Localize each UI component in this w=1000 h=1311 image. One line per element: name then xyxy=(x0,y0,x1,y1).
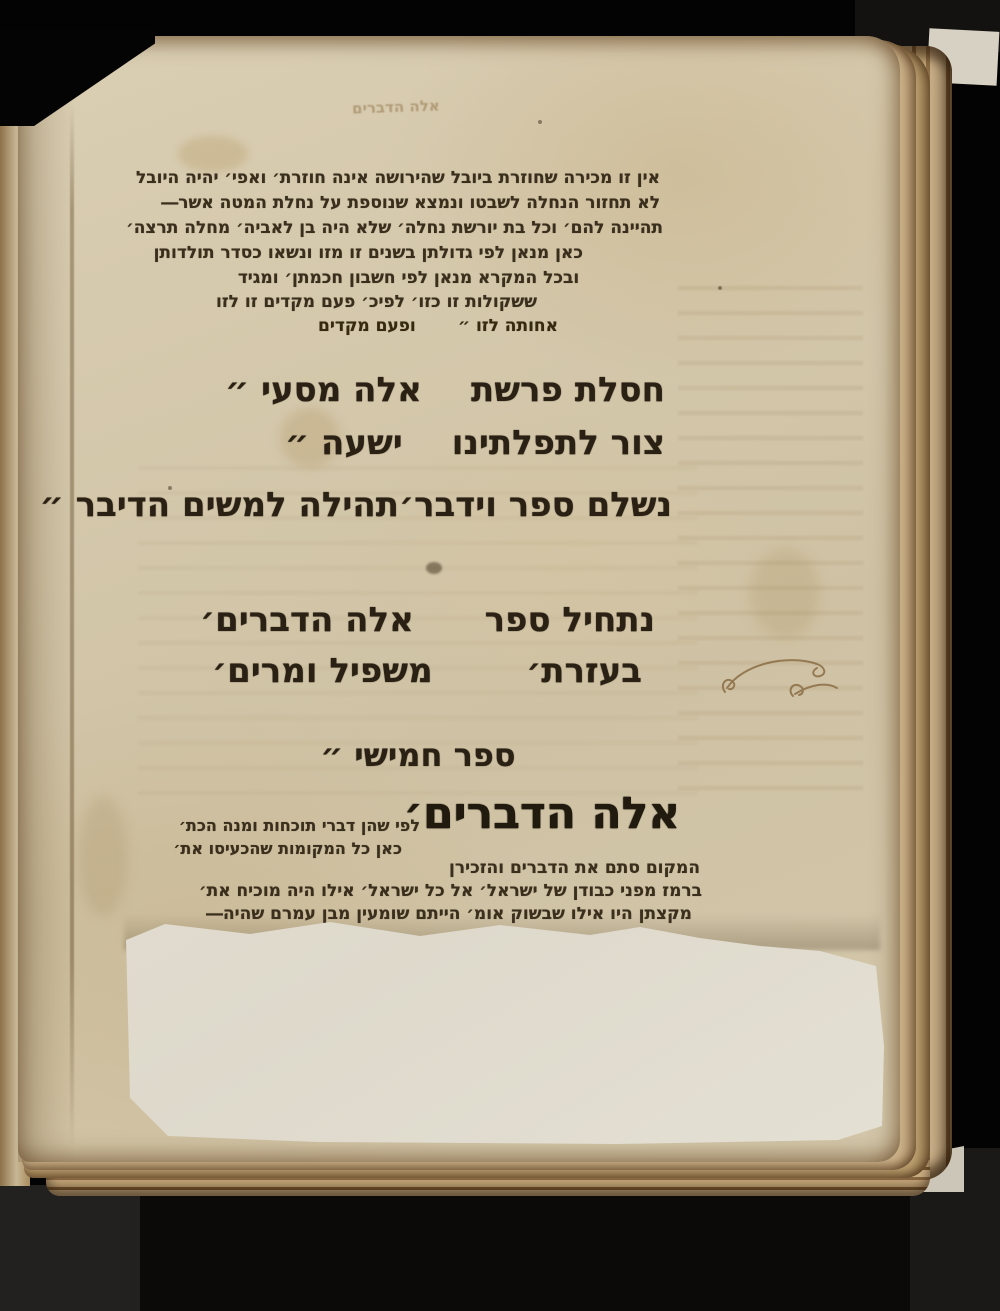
rashi-gloss-line-1: אין זו מכירה שחוזרת ביובל שהירושה אינה ח… xyxy=(160,166,660,190)
book-opening-row-2: בעזרת׳ משפיל ומרים׳ xyxy=(212,651,642,691)
background-corner-left xyxy=(0,1185,148,1311)
rashi-gloss-line-7-left: ופעם מקדים xyxy=(318,314,416,338)
gutter-fold-line xyxy=(70,106,74,1146)
colophon-row-2-left: ישעה ״ xyxy=(285,423,403,463)
book-opening-row-1-left: אלה הדברים׳ xyxy=(200,600,414,640)
colophon-row-3-right: נשלם ספר וידבר׳ xyxy=(399,485,672,525)
book-opening-row-2-left: משפיל ומרים׳ xyxy=(212,651,433,691)
stain xyxy=(750,548,820,638)
colophon-row-1-left: אלה מסעי ״ xyxy=(225,370,422,410)
rashi-gloss-line-7: אחותה לזו ״ ופעם מקדים xyxy=(318,314,558,338)
faded-running-title: אלה הדברים xyxy=(352,96,440,117)
rashi-gloss-line-4: כאן מנאן לפי גדולתן בשנים זו מזו ונשאו כ… xyxy=(201,241,583,265)
rashi-gloss-line-2: לא תחזור הנחלה לשבטו ונמצא שנוספת על נחל… xyxy=(160,191,660,215)
incipit-side-gloss-1: לפי שהן דברי תוכחות ומנה הכת׳ xyxy=(152,814,420,837)
speck xyxy=(538,120,542,124)
book-title: ספר חמישי ״ xyxy=(298,736,538,774)
ink-smudge xyxy=(426,562,442,574)
book-opening-row-1-right: נתחיל ספר xyxy=(485,600,655,640)
rashi-gloss-line-5: ובכל המקרא מנאן לפי חשבון חכמתן׳ ומגיד xyxy=(167,266,650,290)
stain xyxy=(78,796,128,916)
colophon-row-2: צור לתפלתינו ישעה ״ xyxy=(285,423,665,463)
incipit-continuation-1: המקום סתם את הדברים והזכירן xyxy=(330,856,700,880)
rashi-gloss-line-3: תהיינה להם׳ וכל בת יורשת נחלה׳ שלא היה ב… xyxy=(158,216,663,240)
ink-bleed-through xyxy=(678,286,863,806)
book-cradle xyxy=(140,1186,910,1311)
colophon-row-1: חסלת פרשת אלה מסעי ״ xyxy=(225,370,665,410)
incipit-continuation-2: ברמז מפני כבודן של ישראל׳ אל כל ישראל׳ א… xyxy=(150,879,702,903)
book-opening-row-1: נתחיל ספר אלה הדברים׳ xyxy=(200,600,655,640)
manuscript-photo: אלה הדברים אין זו מכירה שחוזרת ביובל שהי… xyxy=(0,0,1000,1311)
rashi-gloss-line-7-right: אחותה לזו ״ xyxy=(458,314,558,338)
speck xyxy=(718,286,722,290)
rashi-gloss-line-6: ששקולות זו כזו׳ לפיכ׳ פעם מקדים זו לזו xyxy=(220,290,537,314)
gutter-shading xyxy=(18,36,76,1162)
incipit-heading: אלה הדברים׳ xyxy=(420,788,680,839)
colophon-row-1-right: חסלת פרשת xyxy=(471,370,665,410)
book-opening-row-2-right: בעזרת׳ xyxy=(526,651,642,691)
colophon-row-3-left: תהילה למשים הדיבר ״ xyxy=(40,485,399,525)
colophon-row-2-right: צור לתפלתינו xyxy=(452,423,665,463)
colophon-row-3: נשלם ספר וידבר׳ תהילה למשים הדיבר ״ xyxy=(128,485,672,525)
manuscript-page: אלה הדברים אין זו מכירה שחוזרת ביובל שהי… xyxy=(18,36,900,1162)
pen-flourish xyxy=(715,648,855,708)
